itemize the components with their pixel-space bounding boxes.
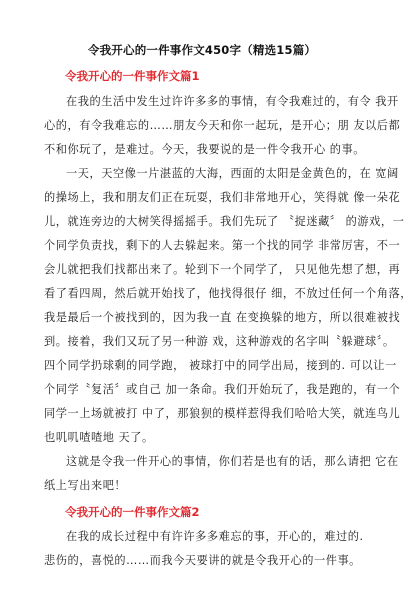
paragraph-line: 在我的生活中发生过许许多多的事情，有令我难过的，有令 我开 (66, 95, 362, 109)
paragraph-line: 纸上写出来吧！ (44, 479, 362, 493)
paragraph-line: 悲伤的，喜悦的……而我今天要讲的就是令我开心的一件事。 (44, 554, 362, 568)
paragraph-line: 个同学〝复活〞或自己 加一条命。我们开始玩了，我是跑的，有一个 (44, 383, 362, 397)
paragraph-line: 儿，就连旁边的大树笑得摇摇手。我们先玩了 〝捉迷藏〞 的游戏，一 (44, 215, 362, 229)
paragraph-line: 一天，天空像一片湛蓝的大海，西面的太阳是金黄色的，在 宽阔 (66, 167, 362, 181)
paragraph-line: 也叽叽喳喳地 天了。 (44, 431, 362, 445)
document-page: 令我开心的一件事作文450字（精选15篇） 令我开心的一件事作文篇1 在我的生活… (0, 0, 404, 600)
paragraph-line: 心的，有令我难忘的……朋友今天和你一起玩，是开心；朋 友以后都 (44, 119, 362, 133)
section-heading-2: 令我开心的一件事作文篇2 (65, 504, 200, 520)
paragraph-line: 我是最后一个被找到的，因为我一直 在变换躲的地方，所以很难被找 (44, 311, 362, 325)
paragraph-line: 这就是令我一件开心的事情，你们若是也有的话，那么请把 它在 (66, 455, 362, 469)
section-heading-1: 令我开心的一件事作文篇1 (65, 68, 200, 84)
paragraph-line: 不和你玩了，是难过。今天，我要说的是一件令我开心 的事。 (44, 143, 362, 157)
paragraph-line: 在我的成长过程中有许许多多难忘的事，开心的，难过的. (66, 530, 362, 544)
paragraph-line: 会儿就把我们找都出来了。轮到下一个同学了， 只见他先想了想，再 (44, 263, 362, 277)
document-title: 令我开心的一件事作文450字（精选15篇） (0, 42, 404, 58)
paragraph-line: 个同学负责找，剩下的人去躲起来。第一个找的同学 非常厉害，不一 (44, 239, 362, 253)
paragraph-line: 的操场上，我和朋友们正在玩耍，我们非常地开心，笑得就 像一朵花 (44, 191, 362, 205)
paragraph-line: 看了看四周，然后就开始找了，他找得很仔 细，不放过任何一个角落， (44, 287, 362, 301)
paragraph-line: 四个同学扔球剩的同学跑， 被球打中的同学出局，接到的. 可以让一 (44, 359, 362, 373)
paragraph-line: 到。接着，我们又玩了另一种游 戏，这种游戏的名字叫〝躲避球〞。 (44, 335, 362, 349)
paragraph-line: 同学一上场就被打 中了，那狼狈的模样惹得我们哈哈大笑，就连鸟儿 (44, 407, 362, 421)
